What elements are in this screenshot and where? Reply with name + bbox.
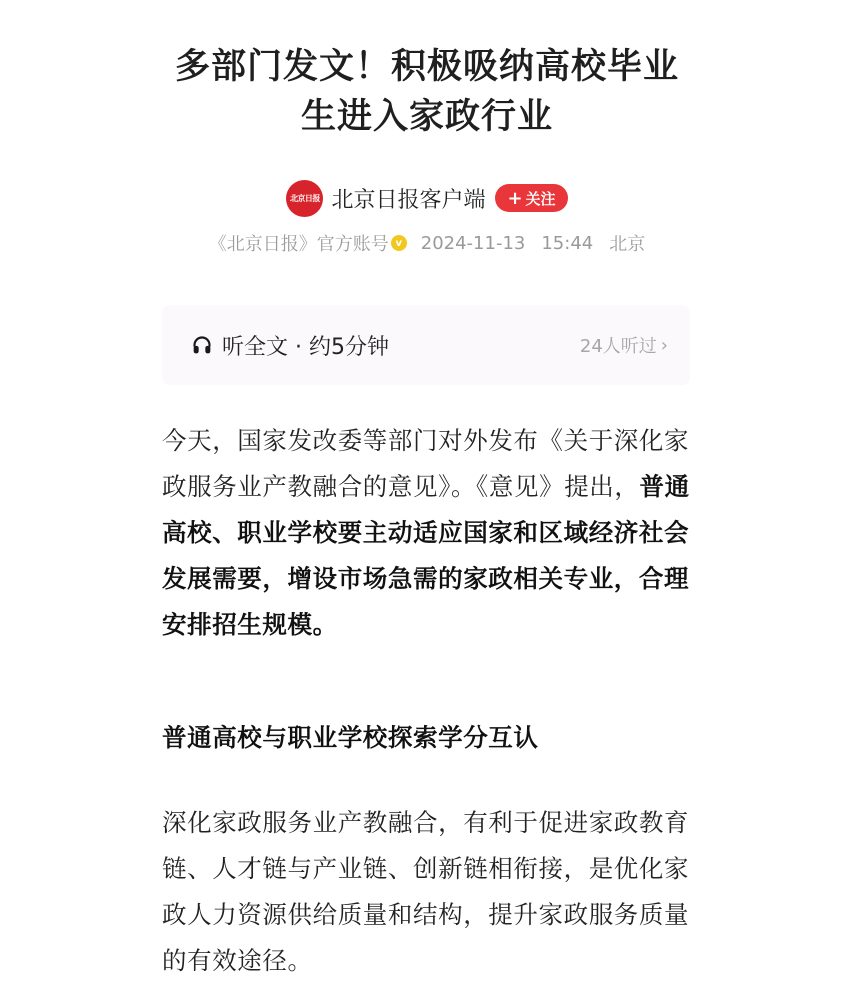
article-meta: 《北京日报》官方账号 v 2024-11-13 15:44 北京 <box>162 228 692 258</box>
listen-full-article-card[interactable]: 听全文 · 约5分钟 24人听过 › <box>162 305 690 385</box>
publish-location: 北京 <box>609 230 645 256</box>
account-label: 《北京日报》官方账号 <box>209 230 389 256</box>
plus-icon: + <box>507 188 522 209</box>
listeners-count: 24人听过 <box>580 332 657 358</box>
audio-label: 听全文 · 约5分钟 <box>222 330 389 361</box>
headphone-icon <box>192 335 212 355</box>
source-row: 北京日报 北京日报客户端 + 关注 <box>162 178 692 218</box>
verified-v-icon: v <box>391 235 407 251</box>
follow-label: 关注 <box>526 188 556 209</box>
source-name[interactable]: 北京日报客户端 <box>331 183 485 214</box>
source-logo[interactable]: 北京日报 <box>286 180 323 217</box>
paragraph-intro-text: 今天，国家发改委等部门对外发布《关于深化家政服务业产教融合的意见》。《意见》提出… <box>162 426 689 501</box>
audio-play[interactable]: 听全文 · 约5分钟 <box>192 330 389 361</box>
paragraph-body: 深化家政服务业产教融合，有利于促进家政教育链、人才链与产业链、创新链相衔接，是优… <box>162 800 692 984</box>
paragraph-intro: 今天，国家发改委等部门对外发布《关于深化家政服务业产教融合的意见》。《意见》提出… <box>162 418 692 648</box>
publish-time: 15:44 <box>541 233 593 254</box>
follow-button[interactable]: + 关注 <box>495 184 567 212</box>
chevron-right-icon: › <box>661 335 668 356</box>
listeners-count-link[interactable]: 24人听过 › <box>580 332 668 358</box>
publish-date: 2024-11-13 <box>421 233 526 254</box>
source-logo-text: 北京日报 <box>290 193 320 204</box>
article-title: 多部门发文！积极吸纳高校毕业生进入家政行业 <box>162 42 692 142</box>
section-heading: 普通高校与职业学校探索学分互认 <box>162 715 692 761</box>
